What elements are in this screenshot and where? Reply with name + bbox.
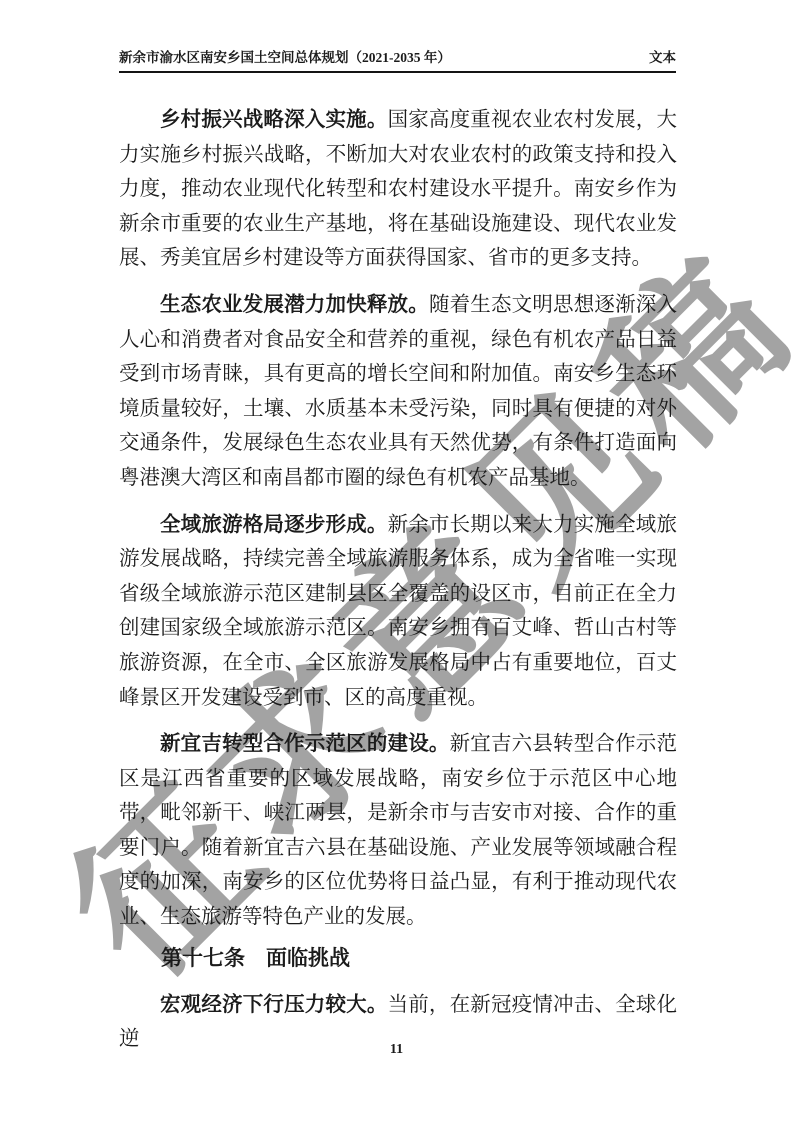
paragraph-rural-revitalization: 乡村振兴战略深入实施。国家高度重视农业农村发展，大力实施乡村振兴战略，不断加大对… xyxy=(119,103,677,276)
paragraph-lead: 全域旅游格局逐步形成。 xyxy=(160,514,388,536)
paragraph-lead: 新宜吉转型合作示范区的建设。 xyxy=(160,733,450,755)
paragraph-lead: 乡村振兴战略深入实施。 xyxy=(160,109,388,131)
paragraph-cooperation-zone: 新宜吉转型合作示范区的建设。新宜吉六县转型合作示范区是江西省重要的区域发展战略，… xyxy=(119,727,677,935)
paragraph-eco-agriculture: 生态农业发展潜力加快释放。随着生态文明思想逐渐深入人心和消费者对食品安全和营养的… xyxy=(119,288,677,496)
paragraph-text: 国家高度重视农业农村发展，大力实施乡村振兴战略，不断加大对农业农村的政策支持和投… xyxy=(119,109,677,269)
page-header: 新余市渝水区南安乡国土空间总体规划（2021-2035 年） 文本 xyxy=(119,46,676,73)
paragraph-lead: 宏观经济下行压力较大。 xyxy=(160,994,388,1016)
paragraph-tourism-pattern: 全域旅游格局逐步形成。新余市长期以来大力实施全域旅游发展战略，持续完善全域旅游服… xyxy=(119,508,677,716)
document-body: 乡村振兴战略深入实施。国家高度重视农业农村发展，大力实施乡村振兴战略，不断加大对… xyxy=(119,75,677,1057)
section-heading-article-17: 第十七条 面临挑战 xyxy=(119,943,677,973)
header-title: 新余市渝水区南安乡国土空间总体规划（2021-2035 年） xyxy=(119,46,451,66)
header-doc-type: 文本 xyxy=(649,46,676,66)
page-number: 11 xyxy=(0,1042,793,1058)
paragraph-text: 新宜吉六县转型合作示范区是江西省重要的区域发展战略，南安乡位于示范区中心地带，毗… xyxy=(119,733,677,928)
paragraph-text: 随着生态文明思想逐渐深入人心和消费者对食品安全和营养的重视，绿色有机农产品日益受… xyxy=(119,294,677,489)
paragraph-lead: 生态农业发展潜力加快释放。 xyxy=(160,294,429,316)
paragraph-text: 新余市长期以来大力实施全域旅游发展战略，持续完善全域旅游服务体系，成为全省唯一实… xyxy=(119,514,677,709)
